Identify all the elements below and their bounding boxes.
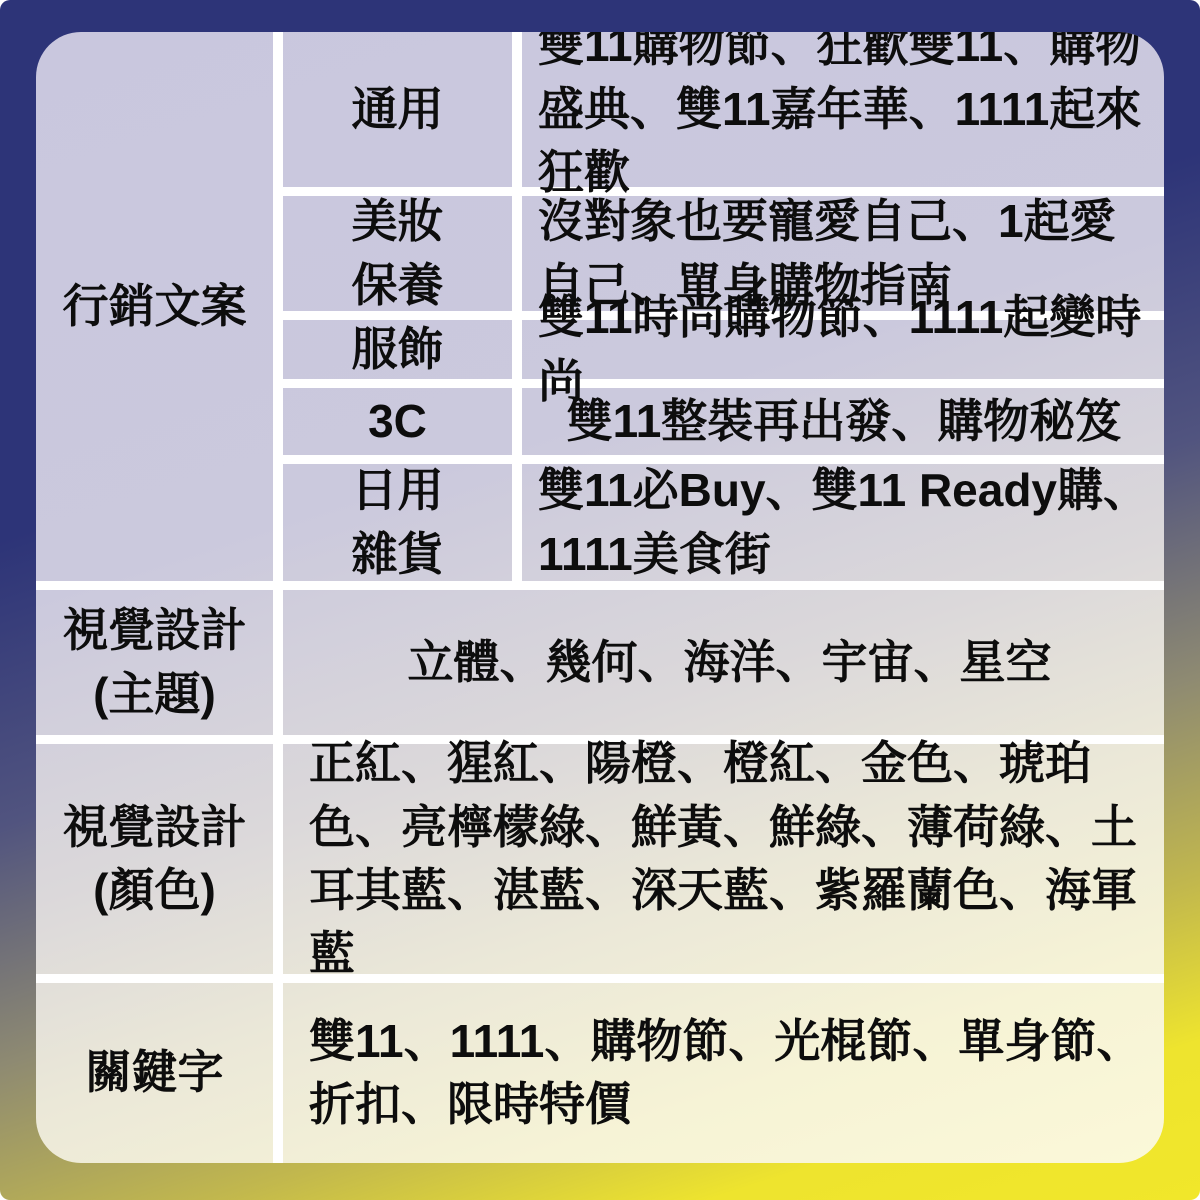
keywords-content-text: 雙11、1111、購物節、光棍節、單身節、折扣、限時特價 [309, 1010, 1150, 1137]
content-general: 雙11購物節、狂歡雙11、購物盛典、雙11嘉年華、1111起來狂歡 [522, 32, 1164, 187]
category-beauty-line1: 美妝 [352, 190, 444, 253]
visual-design-theme-label: 視覺設計 (主題) [36, 590, 273, 735]
visual-design-color-content: 正紅、猩紅、陽橙、橙紅、金色、琥珀色、亮檸檬綠、鮮黃、鮮綠、薄荷綠、土耳其藍、湛… [283, 744, 1164, 974]
category-fashion: 服飾 [283, 320, 512, 379]
content-general-text: 雙11購物節、狂歡雙11、購物盛典、雙11嘉年華、1111起來狂歡 [538, 32, 1150, 205]
visual-color-content-text: 正紅、猩紅、陽橙、橙紅、金色、琥珀色、亮檸檬綠、鮮黃、鮮綠、薄荷綠、土耳其藍、湛… [309, 732, 1150, 986]
category-beauty-skincare: 美妝 保養 [283, 196, 512, 311]
marketing-copy-label-text: 行銷文案 [63, 275, 247, 338]
category-daily-line1: 日用 [352, 459, 444, 522]
visual-color-label-line1: 視覺設計 [63, 796, 247, 859]
category-3c-text: 3C [368, 390, 427, 453]
info-table: 行銷文案 通用 雙11購物節、狂歡雙11、購物盛典、雙11嘉年華、1111起來狂… [36, 32, 1164, 1163]
visual-theme-label-line2: (主題) [93, 663, 216, 726]
content-3c: 雙11整裝再出發、購物秘笈 [522, 388, 1164, 455]
poster-frame: 行銷文案 通用 雙11購物節、狂歡雙11、購物盛典、雙11嘉年華、1111起來狂… [0, 0, 1200, 1200]
content-daily-text: 雙11必Buy、雙11 Ready購、1111美食街 [538, 459, 1150, 586]
keywords-label-text: 關鍵字 [86, 1041, 224, 1104]
marketing-copy-row-label: 行銷文案 [36, 32, 273, 581]
content-3c-text: 雙11整裝再出發、購物秘笈 [567, 390, 1122, 453]
visual-design-theme-content: 立體、幾何、海洋、宇宙、星空 [283, 590, 1164, 735]
category-general-text: 通用 [352, 78, 444, 141]
visual-theme-label-line1: 視覺設計 [63, 599, 247, 662]
visual-color-label-line2: (顏色) [93, 859, 216, 922]
category-general: 通用 [283, 32, 512, 187]
keywords-content: 雙11、1111、購物節、光棍節、單身節、折扣、限時特價 [283, 983, 1164, 1163]
grid-line-vertical-1 [273, 32, 283, 1163]
keywords-label: 關鍵字 [36, 983, 273, 1163]
category-daily-line2: 雜貨 [352, 523, 444, 586]
grid-line-vertical-2 [512, 32, 522, 581]
category-fashion-text: 服飾 [352, 318, 444, 381]
category-daily-goods: 日用 雜貨 [283, 464, 512, 581]
visual-design-color-label: 視覺設計 (顏色) [36, 744, 273, 974]
content-fashion: 雙11時尚購物節、1111起變時尚 [522, 320, 1164, 379]
category-beauty-line2: 保養 [352, 254, 444, 317]
visual-theme-content-text: 立體、幾何、海洋、宇宙、星空 [408, 631, 1052, 694]
category-3c: 3C [283, 388, 512, 455]
content-daily-goods: 雙11必Buy、雙11 Ready購、1111美食街 [522, 464, 1164, 581]
